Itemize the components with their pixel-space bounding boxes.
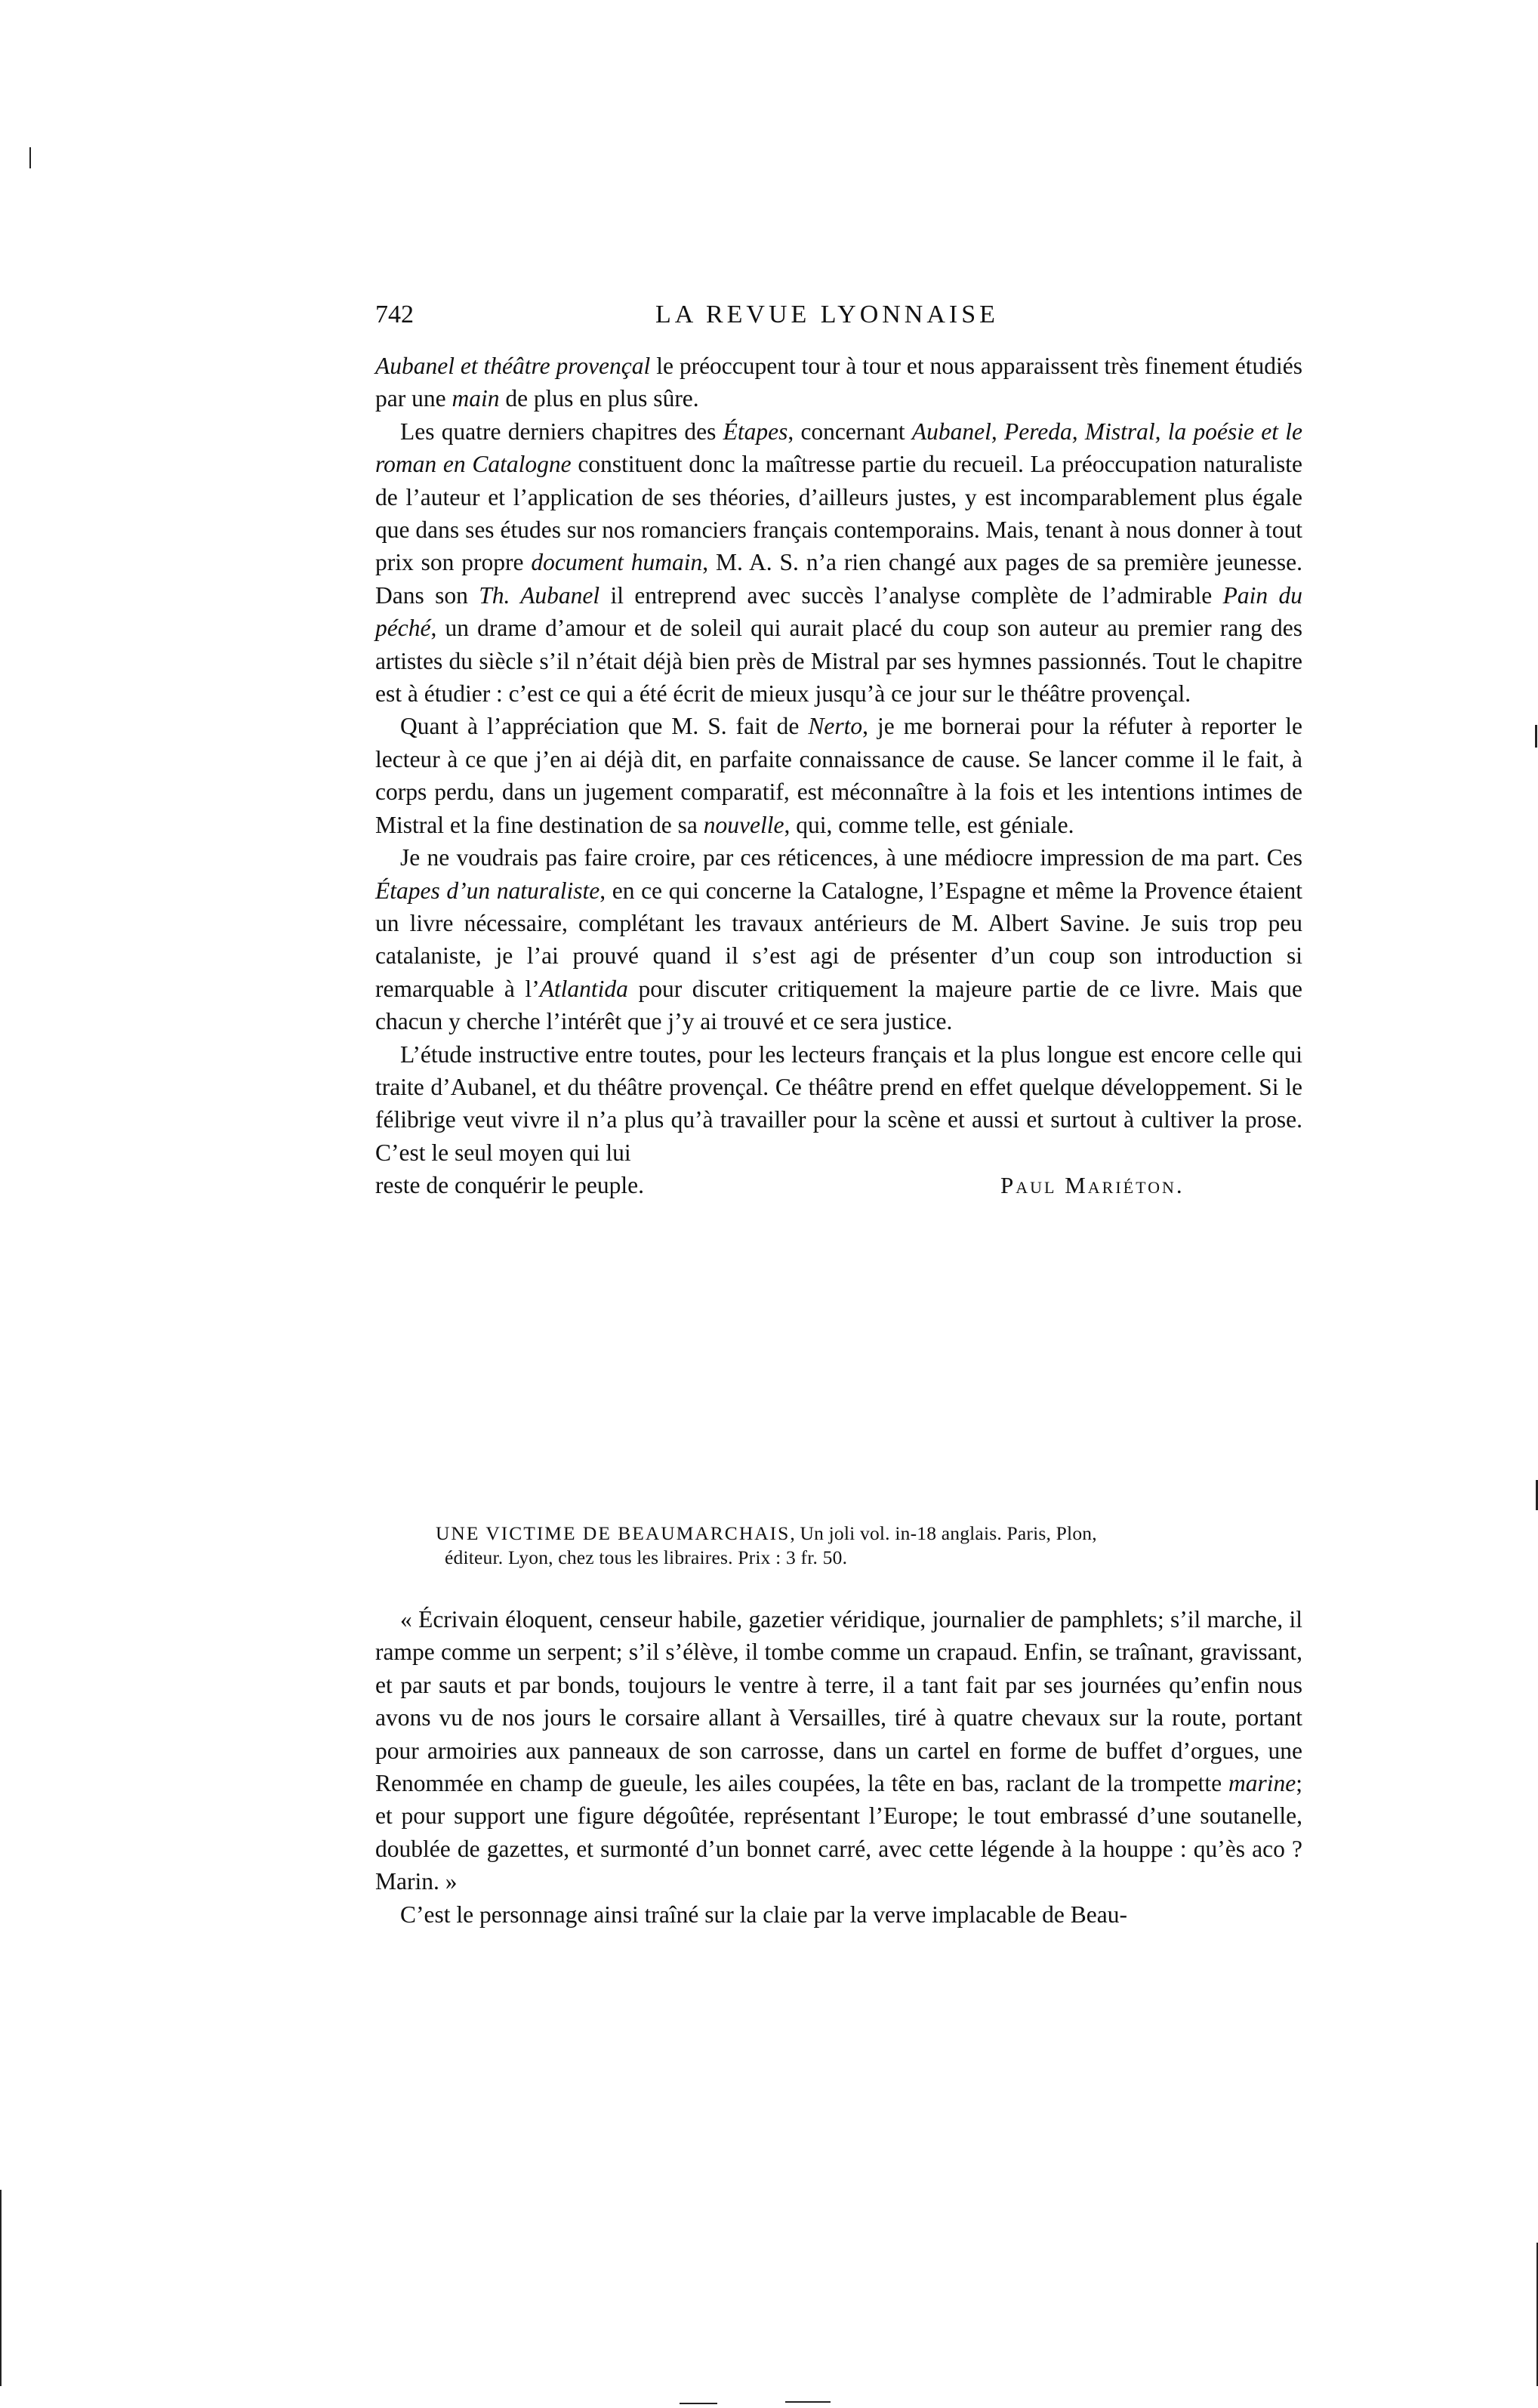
italic-text: Th. Aubanel: [479, 582, 599, 609]
paragraph: Les quatre derniers chapitres des Étapes…: [375, 415, 1302, 711]
author-signature: Paul Mariéton.: [1000, 1169, 1185, 1201]
italic-text: Atlantida: [540, 976, 628, 1002]
italic-text: main: [452, 385, 499, 412]
paragraph: L’étude instructive entre toutes, pour l…: [375, 1038, 1302, 1170]
italic-text: marine: [1228, 1770, 1296, 1796]
closing-line: reste de conquérir le peuple. Paul Marié…: [375, 1169, 1302, 1201]
review-heading: UNE VICTIME DE BEAUMARCHAIS, Un joli vol…: [375, 1522, 1302, 1570]
scanned-page: 742 LA REVUE LYONNAISE Aubanel et théâtr…: [0, 0, 1538, 2408]
running-head: 742 LA REVUE LYONNAISE: [375, 301, 1302, 338]
review-heading-block: UNE VICTIME DE BEAUMARCHAIS, Un joli vol…: [375, 1522, 1302, 1570]
page-number: 742: [375, 301, 414, 329]
italic-text: Étapes: [723, 418, 788, 445]
paragraph: Aubanel et théâtre provençal le préoccup…: [375, 350, 1302, 415]
scan-artifact: [680, 2403, 717, 2404]
scan-artifact: [785, 2401, 831, 2403]
italic-text: Aubanel, Pereda, Mistral, la poésie et l…: [375, 418, 1302, 477]
italic-text: nouvelle: [704, 812, 784, 838]
review-details-line1: , Un joli vol. in-18 anglais. Paris, Plo…: [790, 1522, 1096, 1544]
review-details-line2: éditeur. Lyon, chez tous les libraires. …: [436, 1546, 1302, 1570]
journal-title: LA REVUE LYONNAISE: [655, 301, 999, 329]
review-book-title: UNE VICTIME DE BEAUMARCHAIS: [436, 1522, 790, 1544]
paragraph: C’est le personnage ainsi traîné sur la …: [375, 1898, 1302, 1931]
italic-text: Étapes d’un naturaliste: [375, 877, 599, 904]
article-body: Aubanel et théâtre provençal le préoccup…: [375, 350, 1302, 1202]
paragraph: Quant à l’appréciation que M. S. fait de…: [375, 710, 1302, 841]
scan-artifact: [1535, 725, 1537, 748]
closing-text: reste de conquérir le peuple.: [375, 1172, 644, 1198]
italic-text: Aubanel et théâtre provençal: [375, 353, 650, 379]
scan-artifact: [29, 147, 31, 168]
italic-text: Nerto: [808, 713, 862, 739]
paragraph: Je ne voudrais pas faire croire, par ces…: [375, 841, 1302, 1038]
scan-artifact: [0, 2190, 2, 2386]
review-body: « Écrivain éloquent, censeur habile, gaz…: [375, 1603, 1302, 1931]
paragraph: « Écrivain éloquent, censeur habile, gaz…: [375, 1603, 1302, 1898]
italic-text: document humain: [531, 549, 702, 575]
